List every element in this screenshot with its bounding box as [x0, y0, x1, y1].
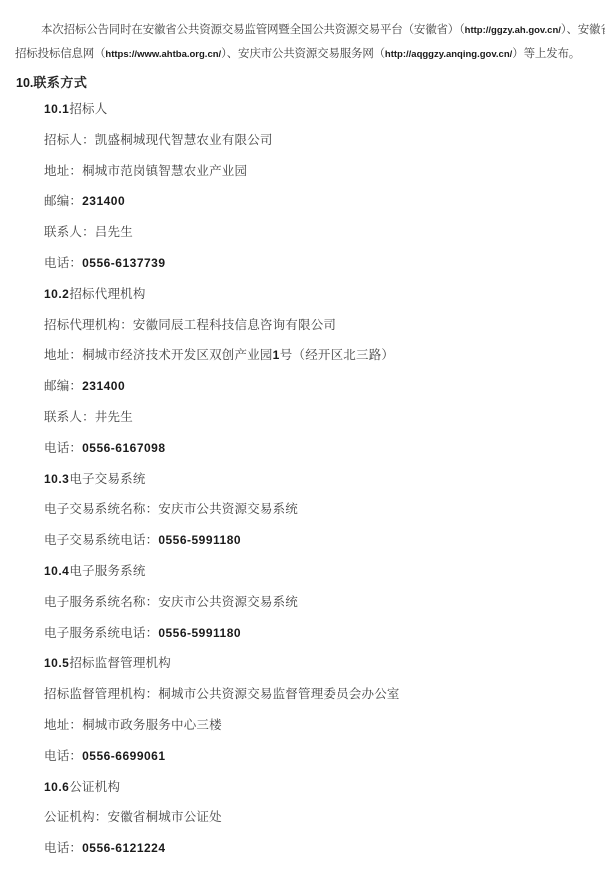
chinese-text-run: 电话：: [44, 256, 82, 270]
subsection-10-5: 10.5招标监督管理机构: [44, 657, 595, 671]
chinese-text-run: ）、安徽省: [561, 24, 605, 36]
latin-text-run: 231400: [82, 379, 125, 393]
chinese-text-run: 电子服务系统名称：安庆市公共资源交易系统: [44, 595, 298, 609]
latin-text-run: 10.2: [44, 287, 69, 301]
agency-name: 招标代理机构：安徽同辰工程科技信息咨询有限公司: [44, 319, 595, 333]
service-system-name: 电子服务系统名称：安庆市公共资源交易系统: [44, 596, 595, 610]
intro-paragraph-line-1: 本次招标公告同时在安徽省公共资源交易监管网暨全国公共资源交易平台（安徽省）（ht…: [15, 19, 595, 43]
chinese-text-run: 地址：桐城市经济技术开发区双创产业园: [44, 348, 273, 362]
subsection-10-1: 10.1招标人: [44, 103, 595, 117]
tenderer-contact-person: 联系人：吕先生: [44, 226, 595, 240]
chinese-text-run: 公证机构: [69, 780, 120, 794]
latin-text-run: 0556-6137739: [82, 256, 165, 270]
tenderer-address: 地址：桐城市范岗镇智慧农业产业园: [44, 165, 595, 179]
notary-phone: 电话：0556-6121224: [44, 842, 595, 856]
latin-text-run: 231400: [82, 194, 125, 208]
chinese-text-run: 招标人：凯盛桐城现代智慧农业有限公司: [44, 133, 273, 147]
chinese-text-run: 本次招标公告同时在安徽省公共资源交易监管网暨全国公共资源交易平台（安徽省）（: [41, 24, 465, 36]
chinese-text-run: 地址：桐城市范岗镇智慧农业产业园: [44, 164, 247, 178]
subsection-10-4: 10.4电子服务系统: [44, 565, 595, 579]
chinese-text-run: 电子交易系统: [69, 472, 145, 486]
subsection-10-2: 10.2招标代理机构: [44, 288, 595, 302]
agency-postcode: 邮编：231400: [44, 380, 595, 394]
chinese-text-run: 电子服务系统电话：: [44, 626, 158, 640]
agency-address: 地址：桐城市经济技术开发区双创产业园1号（经开区北三路）: [44, 349, 595, 363]
contact-lines: 10.1招标人招标人：凯盛桐城现代智慧农业有限公司地址：桐城市范岗镇智慧农业产业…: [15, 103, 595, 856]
latin-text-run: 1: [273, 348, 280, 362]
chinese-text-run: 公证机构：安徽省桐城市公证处: [44, 810, 222, 824]
supervision-org-address: 地址：桐城市政务服务中心三楼: [44, 719, 595, 733]
tenderer-postcode: 邮编：231400: [44, 195, 595, 209]
latin-text-run: 10.5: [44, 656, 69, 670]
subsection-10-6: 10.6公证机构: [44, 781, 595, 795]
document-page: 本次招标公告同时在安徽省公共资源交易监管网暨全国公共资源交易平台（安徽省）（ht…: [0, 0, 605, 856]
tenderer-name: 招标人：凯盛桐城现代智慧农业有限公司: [44, 134, 595, 148]
section-heading: 10.联系方式: [16, 76, 595, 90]
latin-text-run: 0556-6167098: [82, 441, 165, 455]
chinese-text-run: 电子交易系统电话：: [44, 533, 158, 547]
chinese-text-run: 地址：桐城市政务服务中心三楼: [44, 718, 222, 732]
chinese-text-run: 招标代理机构：安徽同辰工程科技信息咨询有限公司: [44, 318, 336, 332]
chinese-text-run: 电话：: [44, 749, 82, 763]
latin-text-run: http://ggzy.ah.gov.cn/: [465, 25, 561, 36]
chinese-text-run: 联系人：井先生: [44, 410, 133, 424]
chinese-text-run: ）、安庆市公共资源交易服务网（: [221, 48, 385, 60]
latin-text-run: 10.6: [44, 780, 69, 794]
tenderer-phone: 电话：0556-6137739: [44, 257, 595, 271]
latin-text-run: https://www.ahtba.org.cn/: [105, 49, 221, 60]
latin-text-run: 10.4: [44, 564, 69, 578]
subsection-10-3: 10.3电子交易系统: [44, 473, 595, 487]
chinese-text-run: 联系人：吕先生: [44, 225, 133, 239]
latin-text-run: 10.1: [44, 102, 69, 116]
notary-name: 公证机构：安徽省桐城市公证处: [44, 811, 595, 825]
chinese-text-run: 招标投标信息网（: [15, 48, 105, 60]
chinese-text-run: 招标代理机构: [69, 287, 145, 301]
chinese-text-run: ）等上发布。: [512, 48, 580, 60]
latin-text-run: 0556-5991180: [158, 533, 241, 547]
chinese-text-run: 招标监督管理机构: [69, 656, 171, 670]
agency-phone: 电话：0556-6167098: [44, 442, 595, 456]
supervision-org-phone: 电话：0556-6699061: [44, 750, 595, 764]
chinese-text-run: 电子服务系统: [69, 564, 145, 578]
latin-text-run: 0556-6699061: [82, 749, 165, 763]
latin-text-run: 0556-6121224: [82, 841, 165, 855]
section-heading-number: 10.: [16, 76, 33, 90]
trading-system-name: 电子交易系统名称：安庆市公共资源交易系统: [44, 503, 595, 517]
chinese-text-run: 招标监督管理机构：桐城市公共资源交易监督管理委员会办公室: [44, 687, 400, 701]
chinese-text-run: 招标人: [69, 102, 107, 116]
latin-text-run: http://aqggzy.anqing.gov.cn/: [385, 49, 512, 60]
supervision-org-name: 招标监督管理机构：桐城市公共资源交易监督管理委员会办公室: [44, 688, 595, 702]
intro-paragraph-line-2: 招标投标信息网（https://www.ahtba.org.cn/）、安庆市公共…: [15, 43, 595, 67]
chinese-text-run: 电子交易系统名称：安庆市公共资源交易系统: [44, 502, 298, 516]
section-heading-title: 联系方式: [33, 75, 87, 90]
chinese-text-run: 电话：: [44, 841, 82, 855]
chinese-text-run: 邮编：: [44, 379, 82, 393]
chinese-text-run: 邮编：: [44, 194, 82, 208]
latin-text-run: 10.3: [44, 472, 69, 486]
trading-system-phone: 电子交易系统电话：0556-5991180: [44, 534, 595, 548]
service-system-phone: 电子服务系统电话：0556-5991180: [44, 627, 595, 641]
agency-contact-person: 联系人：井先生: [44, 411, 595, 425]
latin-text-run: 0556-5991180: [158, 626, 241, 640]
chinese-text-run: 电话：: [44, 441, 82, 455]
chinese-text-run: 号（经开区北三路）: [280, 348, 394, 362]
